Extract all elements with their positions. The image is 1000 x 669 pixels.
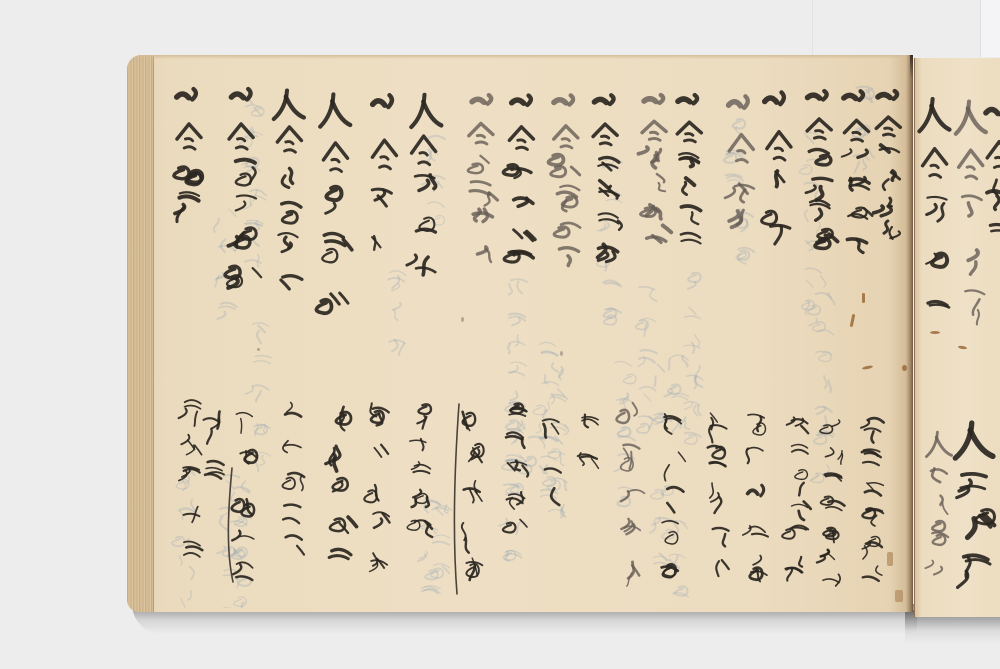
paper-speck	[257, 348, 260, 351]
handwritten-glyphs	[405, 92, 445, 290]
handwritten-glyphs	[635, 92, 675, 250]
handwritten-glyphs	[547, 92, 587, 275]
handwritten-glyphs	[915, 92, 955, 332]
handwritten-glyphs	[955, 420, 995, 592]
handwritten-glyphs	[654, 410, 690, 593]
ledger-entry-column: 入金百拾両	[315, 88, 355, 322]
name-column: 多田重兵衛	[700, 410, 736, 585]
handwritten-glyphs	[570, 410, 606, 485]
ledger-entry-column: 一金三両	[363, 88, 403, 268]
handwritten-glyphs	[497, 400, 533, 545]
ledger-entry-column: 一金三両二朱	[462, 92, 502, 262]
ledger-entry-column: 一金三両二分	[502, 92, 542, 280]
handwritten-glyphs	[815, 418, 851, 595]
ledger-entry-column: 入金三百両	[915, 92, 955, 332]
stain-mark	[862, 293, 865, 303]
name-column: 吉田屋兵衛	[402, 400, 438, 545]
handwritten-glyphs	[320, 400, 360, 585]
ledger-entry-column: 一金二両二分	[635, 92, 675, 250]
name-column: 油やさへ殿	[172, 390, 208, 575]
handwritten-glyphs	[534, 400, 570, 515]
handwritten-glyphs	[614, 398, 650, 593]
ledger-entry-column: 一金三両三朱	[800, 88, 840, 255]
name-column: 人形屋与七	[497, 400, 533, 545]
ledger-entry-column: 一金弐両	[978, 100, 1000, 250]
handwritten-glyphs	[922, 430, 958, 580]
name-column: 河内屋善兵衛	[778, 410, 814, 582]
paper-speck	[560, 351, 563, 356]
backdrop-sheet	[980, 0, 1000, 57]
page-edge-stack	[127, 55, 154, 612]
page-top-edge	[127, 55, 913, 59]
handwritten-glyphs	[360, 400, 396, 578]
handwritten-glyphs	[854, 418, 890, 593]
handwritten-glyphs	[587, 92, 627, 265]
ledger-entry-column: 一金二両三分	[670, 92, 710, 255]
name-column: 入也用文也	[922, 430, 958, 580]
ledger-entry-column: 一金三両三朱	[547, 92, 587, 275]
handwritten-glyphs	[315, 88, 355, 322]
name-column: 若狭伝兵衛	[454, 400, 490, 593]
name-column: 入也奥文	[955, 420, 995, 592]
handwritten-glyphs	[739, 410, 775, 588]
ledger-entry-column: 一金二両二分	[837, 88, 877, 262]
stain-mark	[895, 590, 903, 602]
handwritten-glyphs	[837, 88, 877, 262]
backdrop-sheet-edge	[812, 0, 813, 57]
handwritten-glyphs	[722, 92, 762, 245]
handwritten-glyphs	[758, 88, 798, 245]
name-column: 吉野御役所	[614, 398, 650, 593]
name-column: 常陸安兵衛	[320, 400, 360, 585]
ledger-entry-column: 一金三両二分	[587, 92, 627, 265]
name-column: 明石屋四郎兵衛	[815, 418, 851, 595]
handwritten-glyphs	[172, 390, 208, 575]
ledger-entry-column: 入金四十八両	[270, 88, 310, 298]
handwritten-glyphs	[800, 88, 840, 255]
handwritten-glyphs	[778, 410, 814, 582]
name-column: 行方伝四郎	[360, 400, 396, 578]
handwritten-glyphs	[270, 88, 310, 298]
stain-mark	[902, 365, 907, 371]
handwritten-glyphs	[223, 85, 263, 295]
name-column: 信濃屋多兵衛	[854, 418, 890, 593]
handwritten-glyphs	[170, 85, 210, 225]
handwritten-glyphs	[454, 400, 490, 593]
ledger-entry-column: 一金三両三分	[223, 85, 263, 295]
ledger-entry-column: 入金四拾両	[405, 92, 445, 290]
handwritten-glyphs	[363, 88, 403, 268]
gutter-binding	[910, 55, 913, 79]
name-column: 行方弥兵衛	[227, 410, 263, 598]
name-column: 福山	[570, 410, 606, 485]
paper-speck	[461, 317, 464, 322]
name-column: 多田吉兵衛	[654, 410, 690, 593]
ledger-entry-column: 一金弐分	[758, 88, 798, 245]
handwritten-glyphs	[670, 92, 710, 255]
handwritten-glyphs	[274, 398, 310, 568]
handwritten-glyphs	[462, 92, 502, 262]
handwritten-glyphs	[502, 92, 542, 280]
handwritten-glyphs	[700, 410, 736, 585]
name-column: 右同伝兵衛	[274, 398, 310, 568]
name-column: 吉田一郎様	[739, 410, 775, 588]
ledger-entry-column: 一金四両	[170, 85, 210, 225]
ledger-entry-column: 一金二分	[722, 92, 762, 245]
handwritten-glyphs	[978, 100, 1000, 250]
handwritten-glyphs	[402, 400, 438, 545]
name-column: 松岡	[534, 400, 570, 515]
handwritten-glyphs	[227, 410, 263, 598]
